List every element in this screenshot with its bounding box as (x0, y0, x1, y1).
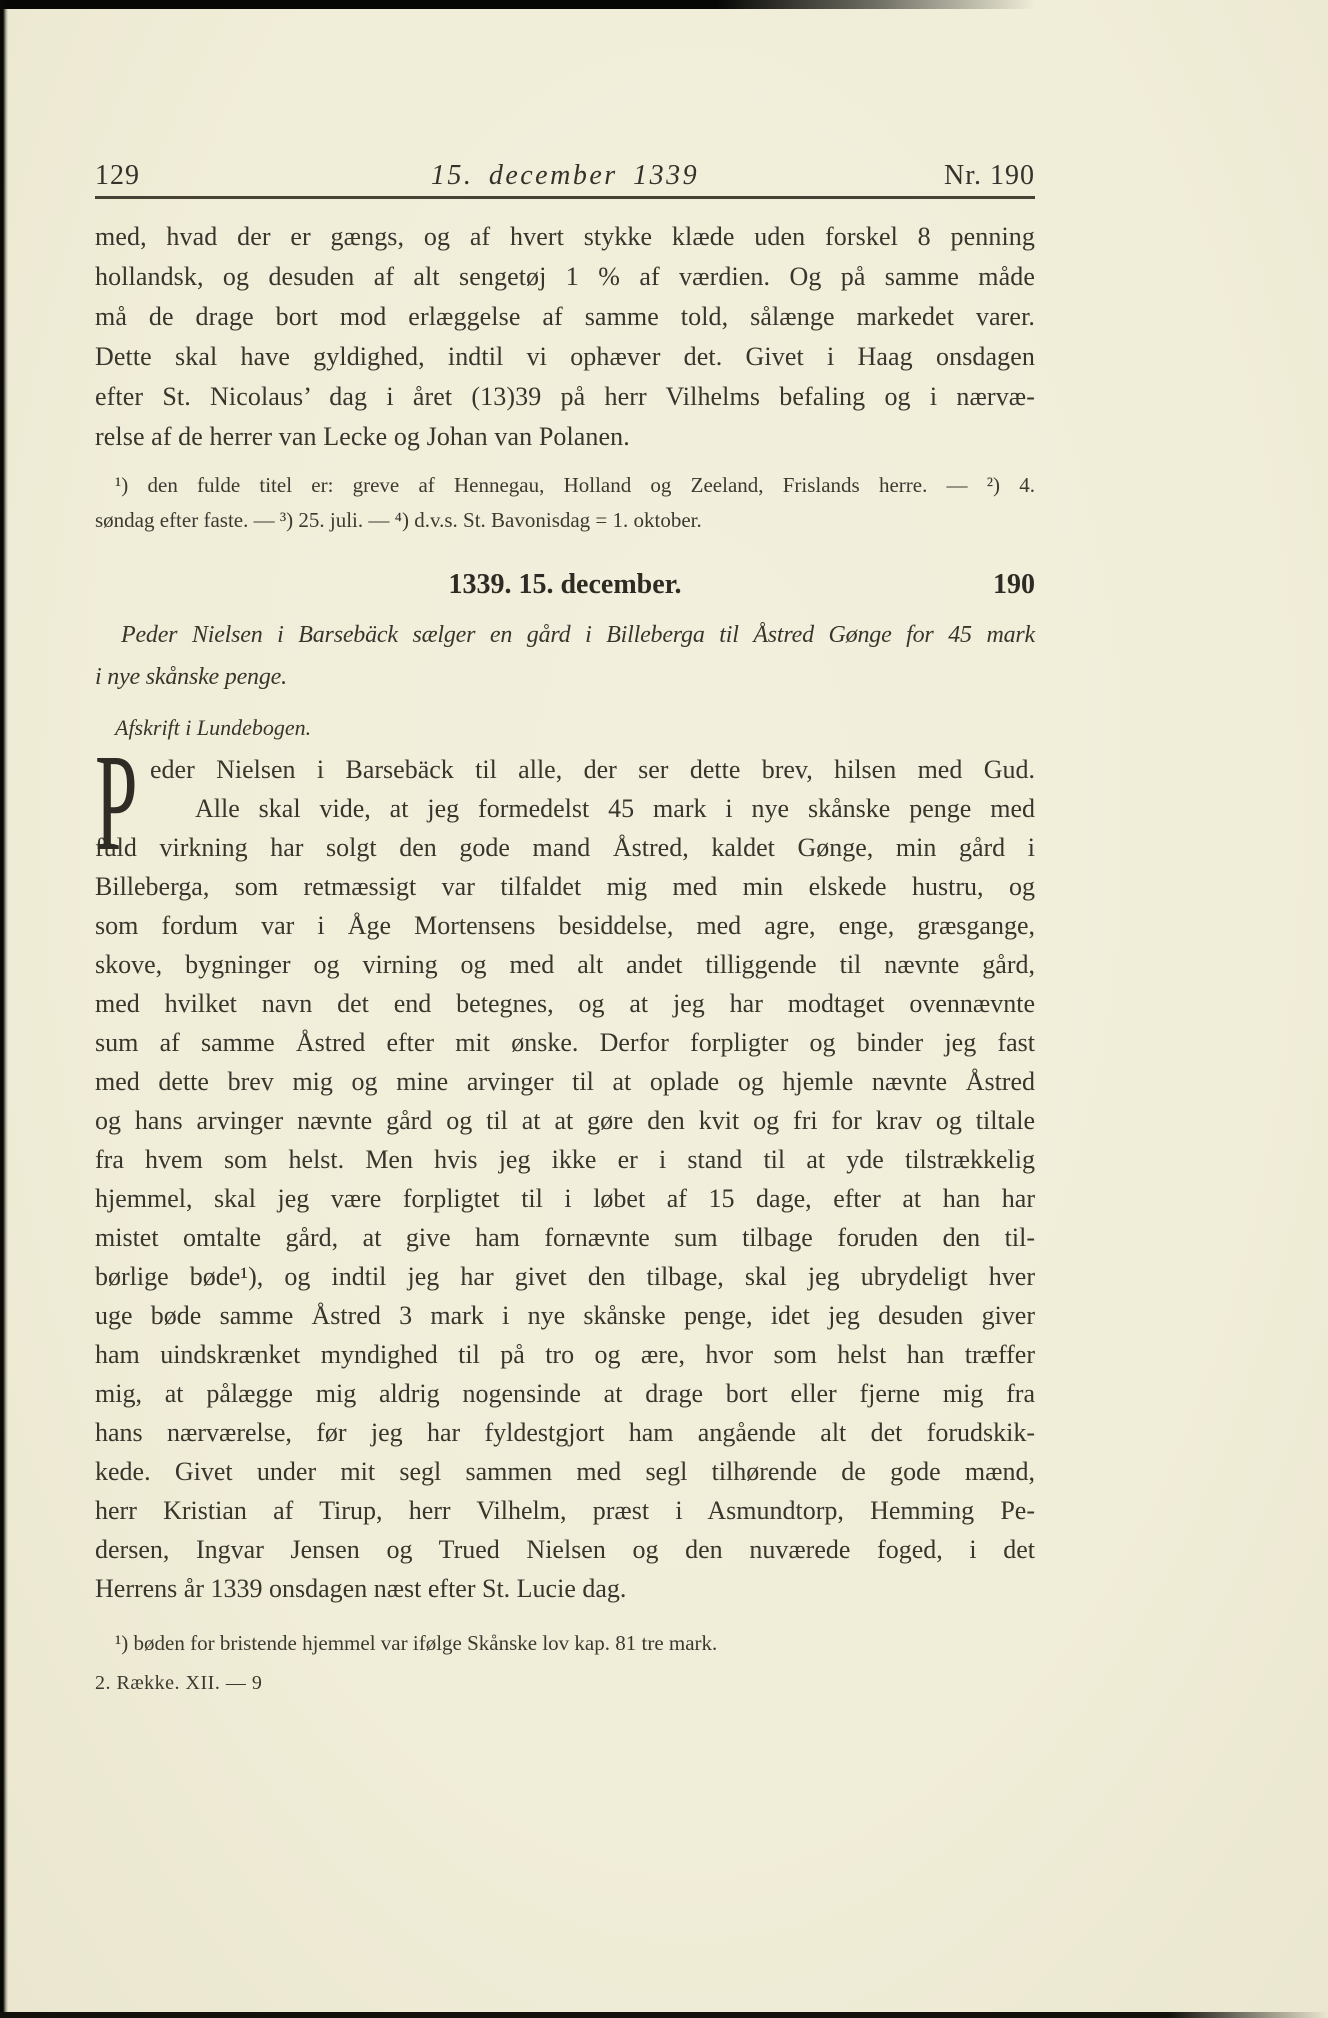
text-line: hans nærværelse, før jeg har fyldestgjor… (95, 1413, 1035, 1452)
text-line: relse af de herrer van Lecke og Johan va… (95, 417, 1035, 457)
text-line: herr Kristian af Tirup, herr Vilhelm, pr… (95, 1491, 1035, 1530)
book-page-scan: 129 15. december 1339 Nr. 190 med, hvad … (0, 0, 1328, 2018)
text-line: ¹) den fulde titel er: greve af Hennegau… (95, 468, 1035, 503)
footnote-bottom: ¹) bøden for bristende hjemmel var ifølg… (95, 1628, 1055, 1658)
text-line: mig, at pålægge mig aldrig nogensinde at… (95, 1374, 1035, 1413)
header-rule (95, 196, 1035, 199)
paragraph-continuation: med, hvad der er gængs, og af hvert styk… (95, 217, 1035, 457)
text-line: hollandsk, og desuden af alt sengetøj 1 … (95, 257, 1035, 297)
page-number: 129 (95, 158, 140, 194)
header-document-number: Nr. 190 (944, 158, 1035, 194)
text-line: Herrens år 1339 onsdagen næst efter St. … (95, 1569, 1035, 1608)
volume-signature: 2. Række. XII. — 9 (95, 1670, 1035, 1696)
text-line: kede. Givet under mit segl sammen med se… (95, 1452, 1035, 1491)
text-line: Billeberga, som retmæssigt var tilfaldet… (95, 867, 1035, 906)
text-line: med hvilket navn det end betegnes, og at… (95, 984, 1035, 1023)
text-line: efter St. Nicolaus’ dag i året (13)39 på… (95, 377, 1035, 417)
text-line: med, hvad der er gængs, og af hvert styk… (95, 217, 1035, 257)
page-content: 129 15. december 1339 Nr. 190 med, hvad … (95, 0, 1035, 2018)
text-line: søndag efter faste. — ³) 25. juli. — ⁴) … (95, 503, 1035, 538)
running-header: 129 15. december 1339 Nr. 190 (95, 158, 1035, 194)
entry-source-note: Afskrift i Lundebogen. (95, 714, 1055, 742)
text-line: med dette brev mig og mine arvinger til … (95, 1062, 1035, 1101)
text-line: børlige bøde¹), og indtil jeg har givet … (95, 1257, 1035, 1296)
entry-body-lines: eder Nielsen i Barsebäck til alle, der s… (95, 750, 1035, 1608)
scan-edge-left (0, 0, 8, 2018)
entry-summary: Peder Nielsen i Barsebäck sælger en gård… (95, 614, 1035, 698)
text-line: mistet omtalte gård, at give ham fornævn… (95, 1218, 1035, 1257)
text-line: fra hvem som helst. Men hvis jeg ikke er… (95, 1140, 1035, 1179)
drop-cap-initial: P (95, 734, 123, 814)
text-line: i nye skånske penge. (95, 656, 1035, 698)
text-line: sum af samme Åstred efter mit ønske. Der… (95, 1023, 1035, 1062)
text-line: uge bøde samme Åstred 3 mark i nye skåns… (95, 1296, 1035, 1335)
text-line: hjemmel, skal jeg være forpligtet til i … (95, 1179, 1035, 1218)
text-line: fuld virkning har solgt den gode mand Ås… (95, 828, 1035, 867)
text-line: ham uindskrænket myndighed til på tro og… (95, 1335, 1035, 1374)
text-line: eder Nielsen i Barsebäck til alle, der s… (95, 750, 1035, 789)
entry-heading-number: 190 (993, 566, 1035, 604)
running-title: 15. december 1339 (431, 158, 699, 194)
text-line: skove, bygninger og virning og med alt a… (95, 945, 1035, 984)
text-line: Alle skal vide, at jeg formedelst 45 mar… (95, 789, 1035, 828)
text-line: og hans arvinger nævnte gård og til at a… (95, 1101, 1035, 1140)
text-line: som fordum var i Åge Mortensens besiddel… (95, 906, 1035, 945)
text-line: dersen, Ingvar Jensen og Trued Nielsen o… (95, 1530, 1035, 1569)
text-line: Peder Nielsen i Barsebäck sælger en gård… (95, 614, 1035, 656)
entry-heading: 1339. 15. december. 190 (95, 566, 1035, 604)
text-line: må de drage bort mod erlæggelse af samme… (95, 297, 1035, 337)
entry-heading-date: 1339. 15. december. (448, 569, 681, 600)
entry-body: P eder Nielsen i Barsebäck til alle, der… (95, 750, 1035, 1608)
text-line: Dette skal have gyldighed, indtil vi oph… (95, 337, 1035, 377)
footnotes-top: ¹) den fulde titel er: greve af Hennegau… (95, 468, 1035, 538)
